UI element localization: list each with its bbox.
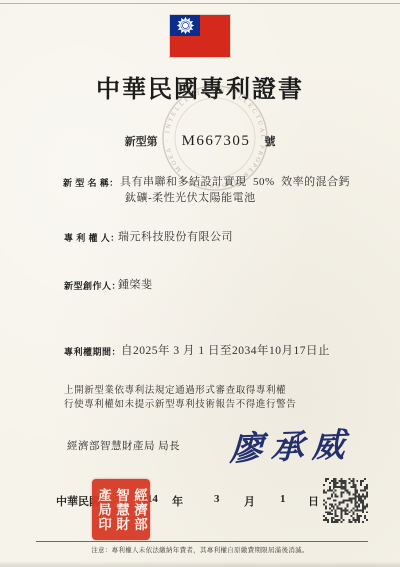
issue-date-year-unit: 年 xyxy=(172,493,183,509)
patent-number-suffix: 號 xyxy=(264,133,275,149)
field-label-patentee: 專 利 權 人： xyxy=(64,231,120,244)
official-seal-stamp: 經濟部智慧財產局印 xyxy=(92,479,150,540)
patent-number-row: 新型第 M667305 號 xyxy=(0,133,400,150)
qr-code xyxy=(323,477,368,524)
field-value-invention-name-line2: 鈦礦-柔性光伏太陽能電池 xyxy=(125,189,256,205)
issuing-office-and-title: 經濟部智慧財產局 局長 xyxy=(67,438,180,453)
patent-certificate: 中華民國專利證書 INTELLECTUAL PROPERTY OFFICE · … xyxy=(0,0,400,567)
patent-type-label: 新型第 xyxy=(125,133,158,149)
legal-notice-line1: 上開新型業依專利法規定通過形式審查取得專利權 xyxy=(64,382,286,396)
field-value-invention-name-line1: 具有串聯和多結設計實現 50% 效率的混合鈣 xyxy=(120,173,350,189)
legal-notice-line2: 行使專利權如未提示新型專利技術報告不得進行警告 xyxy=(64,396,296,410)
footer-note: 注意：專利權人未依法繳納年費者，其專利權自原繳費期限屆滿後消滅。 xyxy=(0,545,400,554)
paper-bottom-shade xyxy=(0,561,400,567)
republic-of-china-flag-icon xyxy=(170,15,230,57)
field-value-patent-term: 自2025年 3 月 1 日至2034年10月17日止 xyxy=(121,342,330,358)
official-seal-text: 經濟部智慧財產局印 xyxy=(94,484,148,536)
footer-rule xyxy=(36,541,368,542)
patent-number: M667305 xyxy=(182,133,251,150)
issue-date-day: 1 xyxy=(280,493,286,505)
issue-date-month-unit: 月 xyxy=(244,493,255,509)
field-value-patentee: 瑞元科技股份有限公司 xyxy=(118,228,233,244)
field-label-invention-name: 新 型 名 稱： xyxy=(63,176,119,189)
field-value-creator: 鍾棨斐 xyxy=(118,276,153,292)
field-label-creator: 新型創作人： xyxy=(64,279,121,292)
director-signature: 廖承威 xyxy=(229,419,354,470)
issue-date-month: 3 xyxy=(214,493,220,505)
top-hairline xyxy=(0,3,400,4)
flag-sun-icon xyxy=(174,15,196,36)
issue-date-day-unit: 日 xyxy=(308,493,319,509)
field-label-patent-term: 專利權期間： xyxy=(64,345,121,358)
